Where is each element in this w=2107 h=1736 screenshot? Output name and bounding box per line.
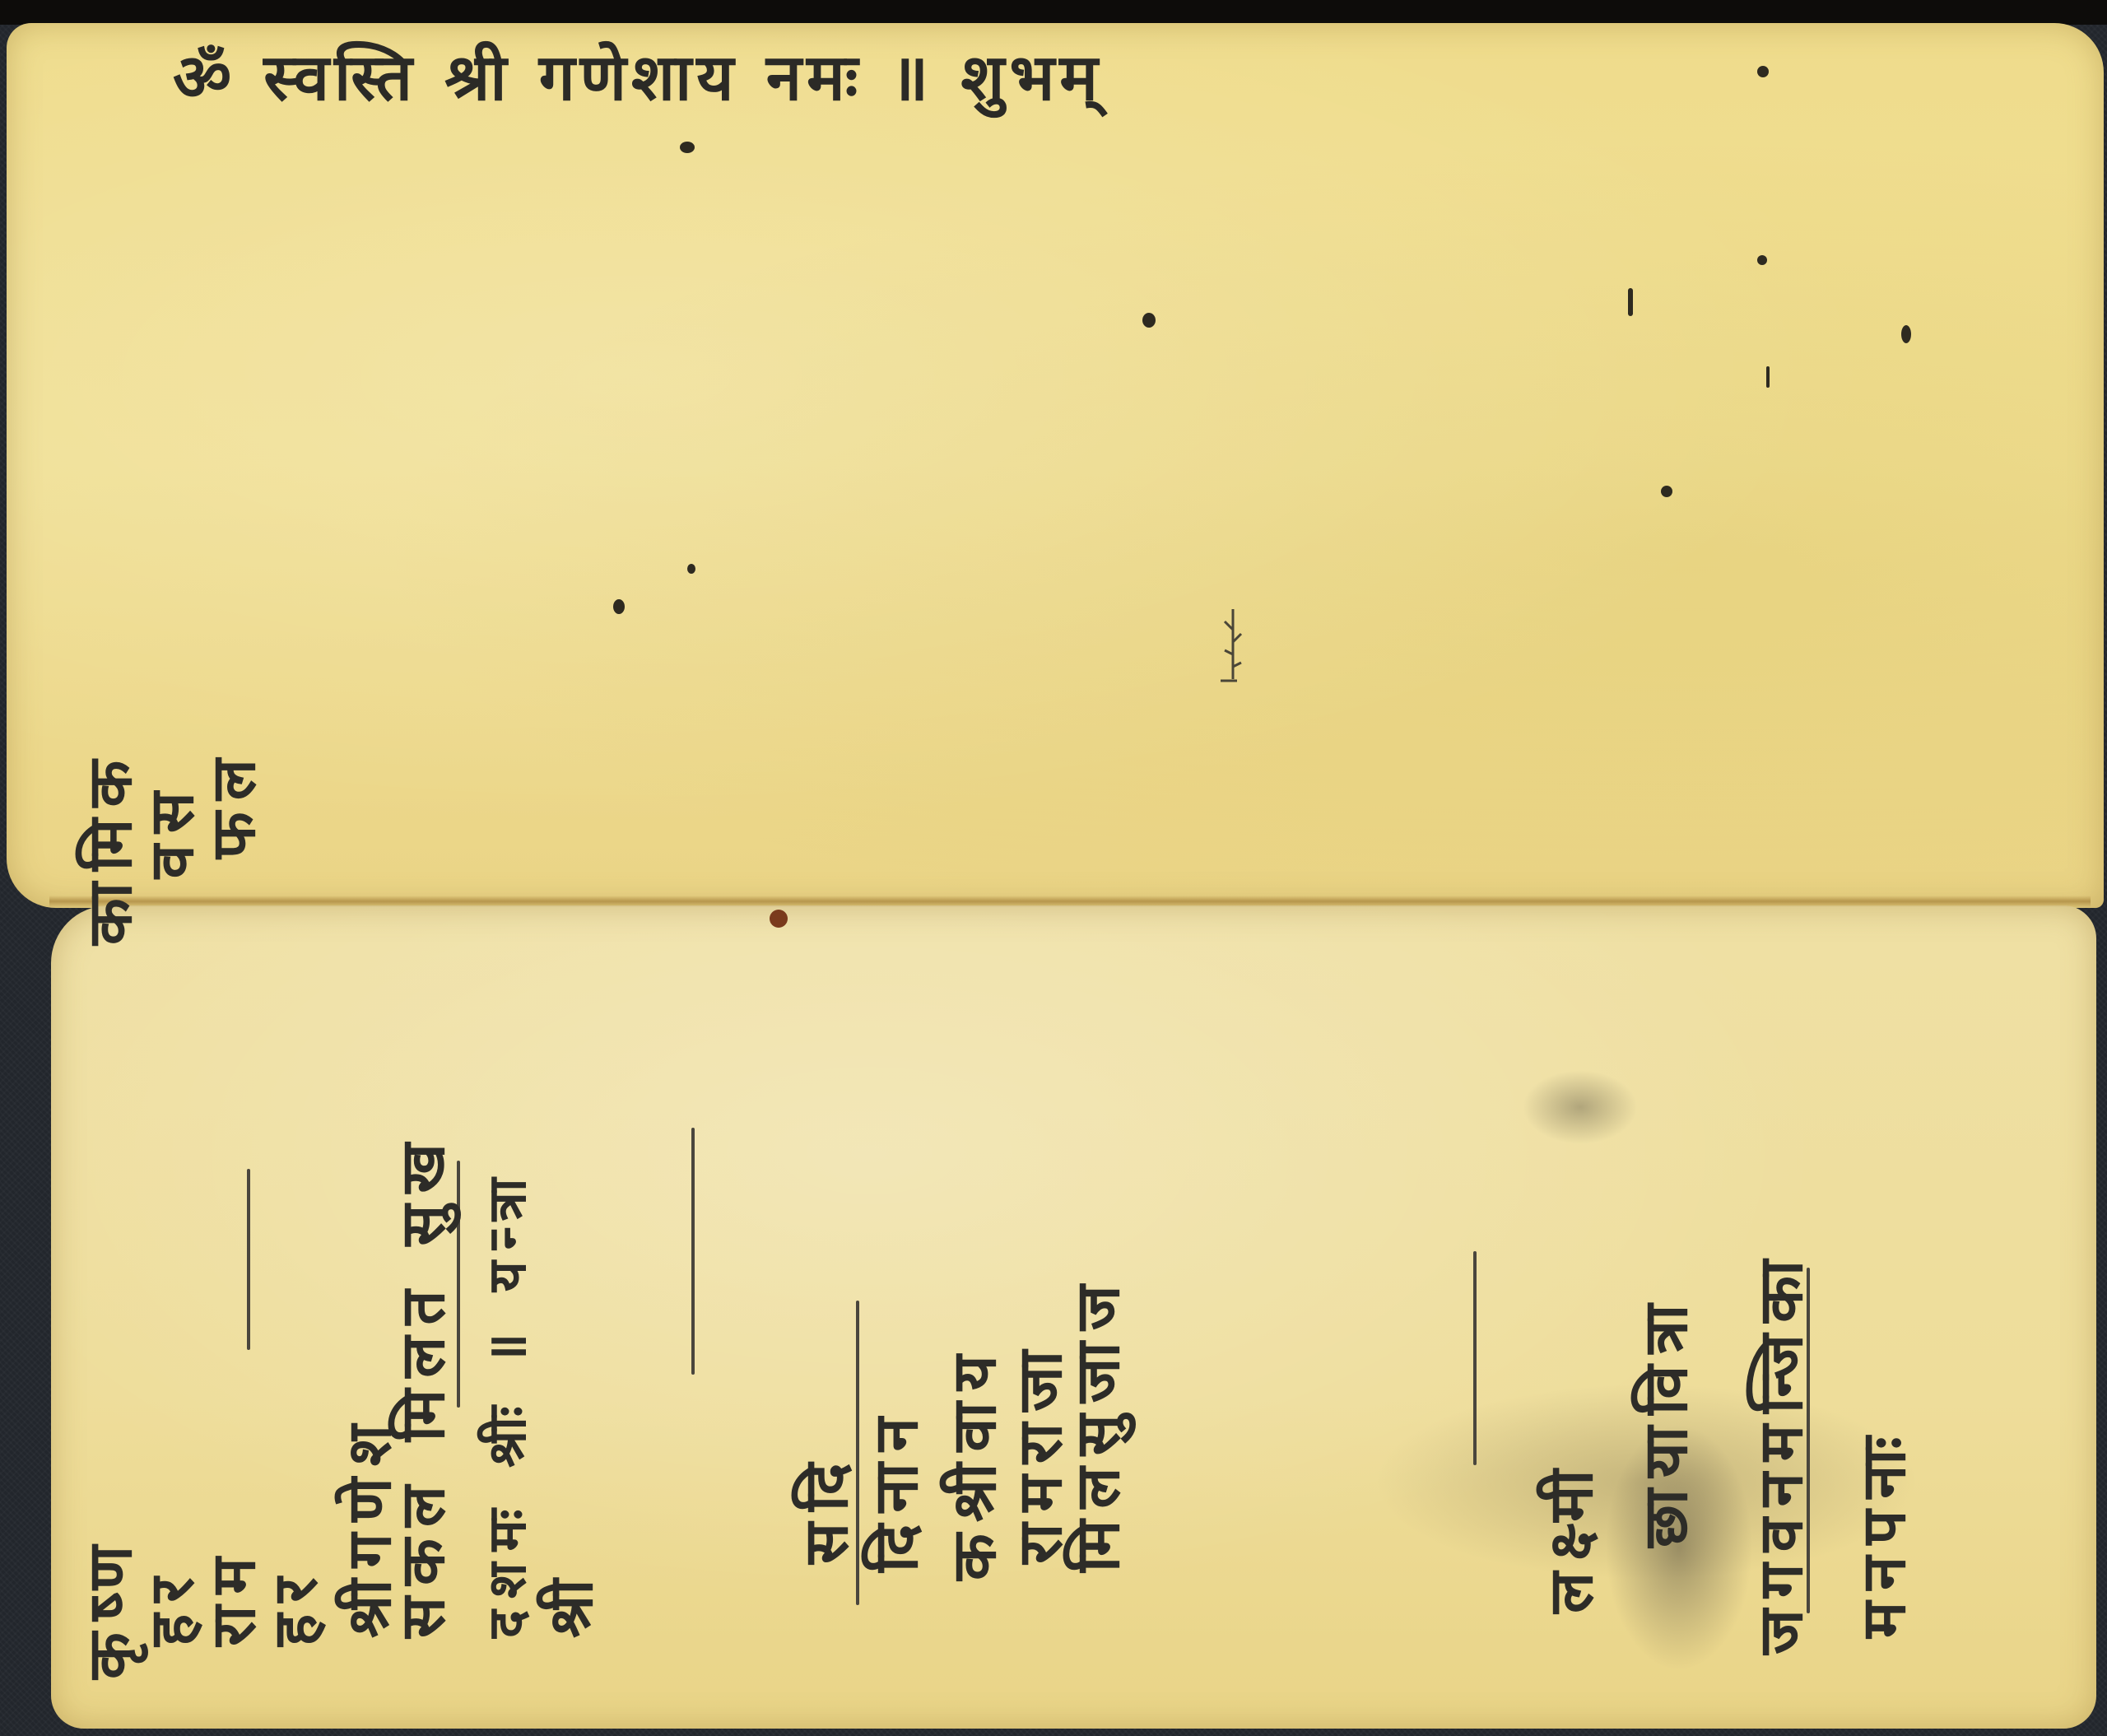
- text-line: जगवनमन्जिका: [1746, 1249, 1816, 1655]
- ink-speck: [1757, 255, 1767, 265]
- text-line: लक्ष्मी: [1536, 1458, 1607, 1613]
- text-line: छायावित्रा: [1630, 1293, 1701, 1548]
- ink-speck: [680, 142, 695, 153]
- ink-speck: [613, 599, 625, 614]
- sprig-mark: [1216, 605, 1249, 687]
- text-column-3: राम फल: [189, 747, 272, 1646]
- ink-speck: [1766, 366, 1770, 388]
- stain-mark: [770, 910, 788, 928]
- ink-speck: [1901, 325, 1911, 343]
- text-line: श्री: [536, 1567, 607, 1638]
- text-column-17: मनपनाः: [1840, 1425, 1923, 1638]
- text-column-13: मिलसुजाज: [1053, 1273, 1137, 1572]
- text-column-16: जगवनमन्जिका: [1737, 1249, 1820, 1655]
- page-fold: [49, 896, 2091, 907]
- ink-speck: [1628, 288, 1633, 316]
- text-column-4: हर: [251, 1566, 334, 1646]
- ink-smudge: [1523, 1070, 1638, 1144]
- text-column-14: लक्ष्मी: [1527, 1458, 1610, 1613]
- text-line: मनपनाः: [1849, 1425, 1919, 1638]
- text-column-6: सकल मिलत सुख: [379, 1132, 462, 1638]
- column-divider: [1473, 1251, 1477, 1465]
- header-inscription: ॐ स्वस्ति श्री गणेशाय नमः ॥ शुभम्: [173, 31, 1103, 119]
- column-divider: [691, 1128, 695, 1375]
- text-line: फल: [198, 747, 269, 859]
- text-line: दिनान: [861, 1406, 932, 1572]
- upper-page: [7, 23, 2104, 908]
- ink-speck: [1757, 66, 1769, 77]
- text-column-15: छायावित्रा: [1621, 1293, 1705, 1548]
- text-column-10: दिनान: [852, 1406, 935, 1572]
- text-line: मिलसुजाज: [1063, 1273, 1133, 1572]
- ink-speck: [687, 564, 695, 574]
- ink-speck: [1661, 486, 1672, 497]
- ink-speck: [1142, 313, 1156, 328]
- text-column-8: श्री: [527, 1567, 610, 1638]
- text-line: सकल मिलत सुख: [388, 1132, 458, 1638]
- top-shadow: [0, 0, 2107, 25]
- text-line: हर: [260, 1566, 331, 1646]
